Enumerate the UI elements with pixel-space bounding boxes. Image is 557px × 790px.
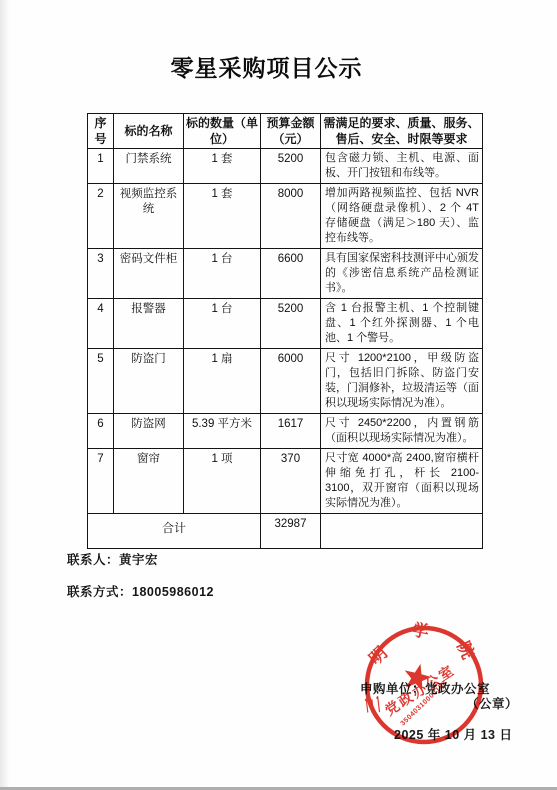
cell-qty: 1 套 <box>184 149 261 184</box>
procurement-table: 序号 标的名称 标的数量（单位） 预算金额（元） 需满足的要求、质量、服务、售后… <box>87 113 483 549</box>
contact-person-label: 联系人： <box>67 553 119 567</box>
cell-qty: 1 台 <box>184 299 261 349</box>
cell-budget: 370 <box>261 449 321 514</box>
cell-qty: 1 套 <box>184 184 261 249</box>
cell-qty: 5.39 平方米 <box>184 414 261 449</box>
cell-no: 5 <box>88 349 114 414</box>
cell-name: 防盗门 <box>114 349 184 414</box>
contact-person-name: 黄宇宏 <box>119 553 158 567</box>
cell-no: 3 <box>88 249 114 299</box>
official-seal-stamp: 三明学院 党政办公室 35040310004188 <box>359 620 489 750</box>
cell-no: 4 <box>88 299 114 349</box>
col-header-name: 标的名称 <box>114 114 184 149</box>
table-header-row: 序号 标的名称 标的数量（单位） 预算金额（元） 需满足的要求、质量、服务、售后… <box>88 114 483 149</box>
cell-no: 2 <box>88 184 114 249</box>
cell-requirements: 尺寸 1200*2100，甲级防盗门，包括旧门拆除、防盗门安装，门洞修补，垃圾清… <box>321 349 483 414</box>
cell-requirements: 尺寸宽 4000*高 2400,窗帘横杆伸缩免打孔，杆长 2100-3100，双… <box>321 449 483 514</box>
cell-name: 防盗网 <box>114 414 184 449</box>
cell-requirements: 含 1 台报警主机、1 个控制键盘、1 个红外探测器、1 个电池、1 个警号。 <box>321 299 483 349</box>
cell-budget: 1617 <box>261 414 321 449</box>
col-header-qty: 标的数量（单位） <box>184 114 261 149</box>
page-title: 零星采购项目公示 <box>0 50 545 83</box>
cell-budget: 8000 <box>261 184 321 249</box>
cell-budget: 6600 <box>261 249 321 299</box>
total-value: 32987 <box>261 514 321 549</box>
cell-requirements: 包含磁力锁、主机、电源、面板、开门按钮和布线等。 <box>321 149 483 184</box>
table-row: 4 报警器 1 台 5200 含 1 台报警主机、1 个控制键盘、1 个红外探测… <box>88 299 483 349</box>
cell-qty: 1 扇 <box>184 349 261 414</box>
cell-name: 密码文件柜 <box>114 249 184 299</box>
table-row: 5 防盗门 1 扇 6000 尺寸 1200*2100，甲级防盗门，包括旧门拆除… <box>88 349 483 414</box>
cell-no: 7 <box>88 449 114 514</box>
total-label: 合计 <box>88 514 261 549</box>
contact-phone-label: 联系方式： <box>67 585 132 599</box>
cell-requirements: 具有国家保密科技测评中心颁发的《涉密信息系统产品检测证书》。 <box>321 249 483 299</box>
cell-budget: 5200 <box>261 299 321 349</box>
cell-no: 1 <box>88 149 114 184</box>
contact-phone-line: 联系方式：18005986012 <box>67 582 214 600</box>
cell-requirements: 尺寸 2450*2200，内置钢筋（面积以现场实际情况为准）。 <box>321 414 483 449</box>
cell-name: 窗帘 <box>114 449 184 514</box>
table-row: 1 门禁系统 1 套 5200 包含磁力锁、主机、电源、面板、开门按钮和布线等。 <box>88 149 483 184</box>
document-page: 零星采购项目公示 序号 标的名称 标的数量（单位） 预算金额（元） 需满足的要求… <box>0 0 557 790</box>
table-row: 7 窗帘 1 项 370 尺寸宽 4000*高 2400,窗帘横杆伸缩免打孔，杆… <box>88 449 483 514</box>
cell-qty: 1 项 <box>184 449 261 514</box>
contact-person-line: 联系人：黄宇宏 <box>67 550 158 568</box>
table-row: 3 密码文件柜 1 台 6600 具有国家保密科技测评中心颁发的《涉密信息系统产… <box>88 249 483 299</box>
col-header-requirements: 需满足的要求、质量、服务、售后、安全、时限等要求 <box>321 114 483 149</box>
contact-phone-number: 18005986012 <box>132 585 214 599</box>
total-requirements-empty <box>321 514 483 549</box>
cell-qty: 1 台 <box>184 249 261 299</box>
cell-name: 报警器 <box>114 299 184 349</box>
scan-left-shadow <box>0 0 10 790</box>
cell-requirements: 增加两路视频监控、包括 NVR（网络硬盘录像机）、2 个 4T 存储硬盘（满足＞… <box>321 184 483 249</box>
cell-budget: 6000 <box>261 349 321 414</box>
cell-name: 视频监控系统 <box>114 184 184 249</box>
col-header-no: 序号 <box>88 114 114 149</box>
col-header-budget: 预算金额（元） <box>261 114 321 149</box>
cell-no: 6 <box>88 414 114 449</box>
table-row: 2 视频监控系统 1 套 8000 增加两路视频监控、包括 NVR（网络硬盘录像… <box>88 184 483 249</box>
cell-name: 门禁系统 <box>114 149 184 184</box>
table-total-row: 合计 32987 <box>88 514 483 549</box>
cell-budget: 5200 <box>261 149 321 184</box>
table-row: 6 防盗网 5.39 平方米 1617 尺寸 2450*2200，内置钢筋（面积… <box>88 414 483 449</box>
